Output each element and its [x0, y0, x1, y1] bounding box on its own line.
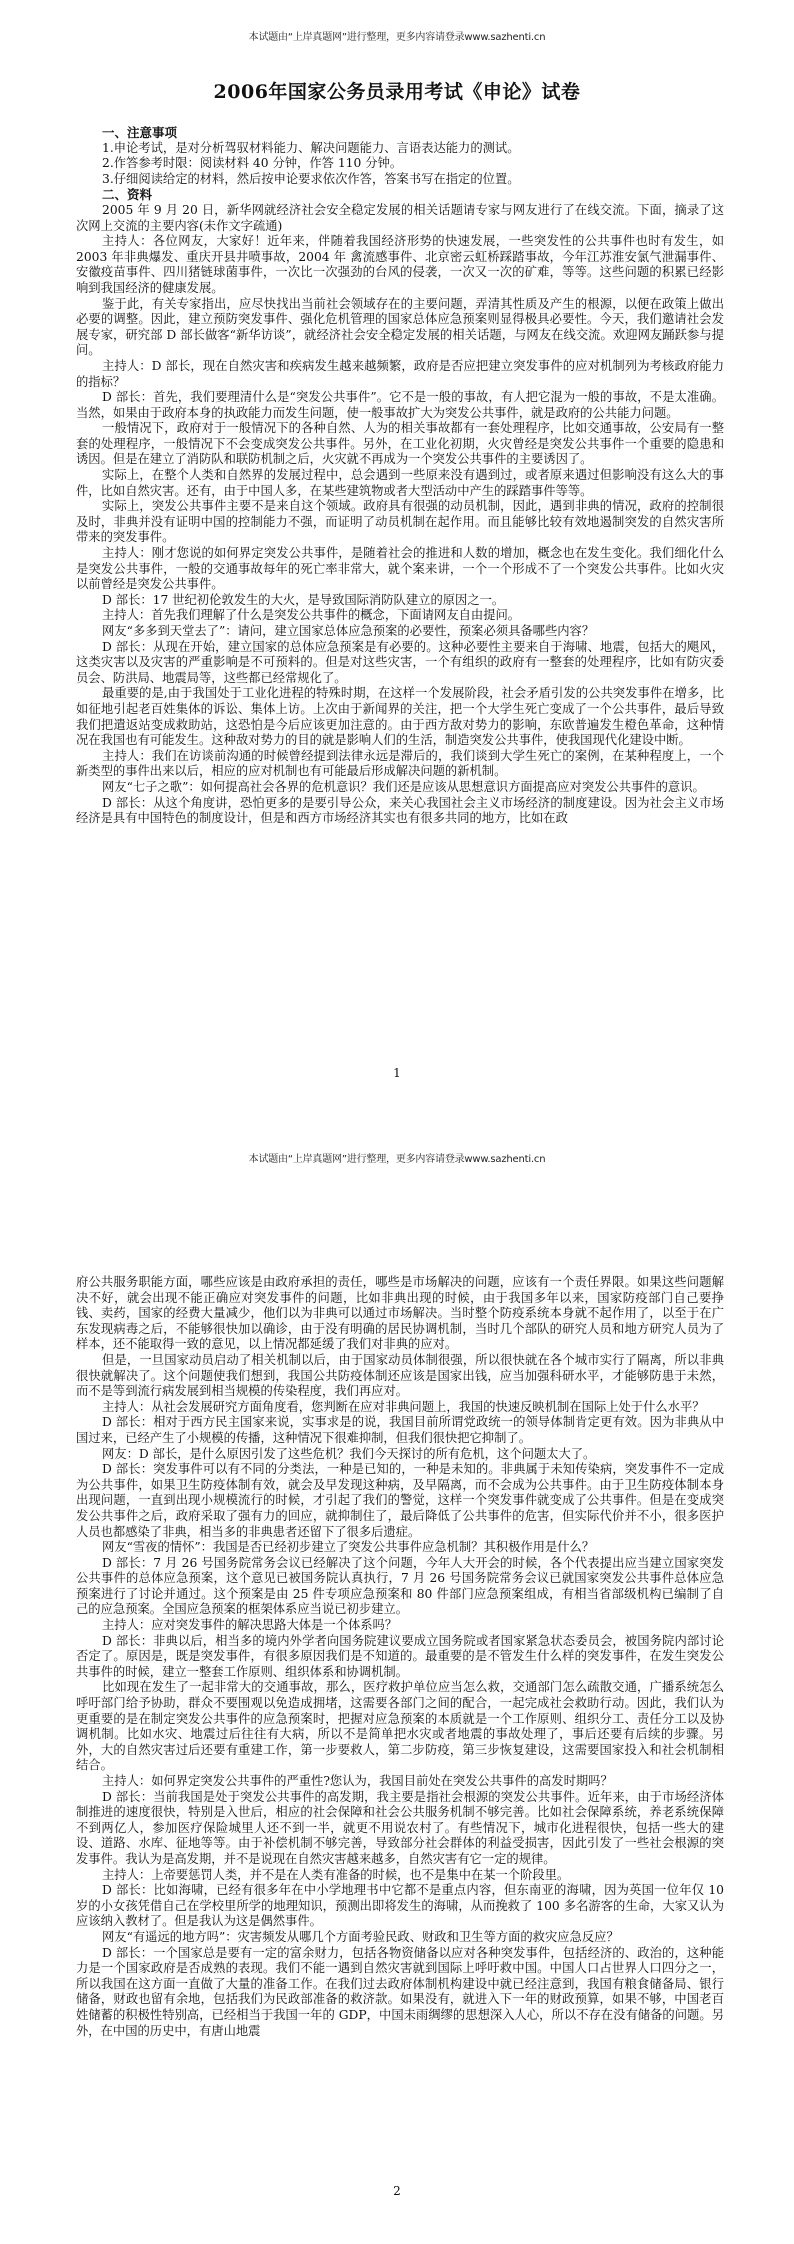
paragraph: 网友“七子之歌”：如何提高社会各界的危机意识？我们还是应该从思想意识方面提高应对…: [76, 780, 724, 796]
paragraph: 网友：D 部长，是什么原因引发了这些危机？我们今天探讨的所有危机，这个问题太大了…: [76, 1447, 724, 1463]
paragraph: D 部长：从这个角度讲，恐怕更多的是要引导公众，来关心我国社会主义市场经济的制度…: [76, 796, 724, 827]
paragraph: 网友“多多到天堂去了”：请问，建立国家总体应急预案的必要性，预案必须具备哪些内容…: [76, 624, 724, 640]
notice-item: 1.申论考试，是对分析驾驭材料能力、解决问题能力、言语表达能力的测试。: [76, 141, 724, 157]
paragraph: D 部长：突发事件可以有不同的分类法，一种是已知的，一种是未知的。非典属于未知传…: [76, 1462, 724, 1540]
document-title: 2006年国家公务员录用考试《申论》试卷: [0, 77, 794, 104]
page-body: 府公共服务职能方面，哪些应该是由政府承担的责任，哪些是市场解决的问题，应该有一个…: [76, 1275, 724, 2039]
paragraph: 鉴于此，有关专家指出，应尽快找出当前社会领域存在的主要问题，弄清其性质及产生的根…: [76, 297, 724, 359]
paragraph: D 部长：非典以后，相当多的境内外学者向国务院建议要成立国务院或者国家紧急状态委…: [76, 1634, 724, 1681]
paragraph: 2005 年 9 月 20 日，新华网就经济社会安全稳定发展的相关话题请专家与网…: [76, 203, 724, 234]
paragraph: D 部长：17 世纪初伦敦发生的大火，是导致国际消防队建立的原因之一。: [76, 593, 724, 609]
paragraph: D 部长：一个国家总是要有一定的富余财力，包括各物资储备以应对各种突发事件，包括…: [76, 1946, 724, 2040]
paragraph: 一般情况下，政府对于一般情况下的各种自然、人为的相关事故都有一套处理程序，比如交…: [76, 421, 724, 468]
paragraph: 主持人：从社会发展研究方面角度看，您判断在应对非典问题上，我国的快速反映机制在国…: [76, 1400, 724, 1416]
notice-item: 3.仔细阅读给定的材料，然后按申论要求依次作答，答案书写在指定的位置。: [76, 172, 724, 188]
paragraph: 网友“雪夜的情怀”：我国是否已经初步建立了突发公共事件应急机制？其积极作用是什么…: [76, 1540, 724, 1556]
paragraph: 主持人：首先我们理解了什么是突发公共事件的概念，下面请网友自由提问。: [76, 608, 724, 624]
paragraph: D 部长：相对于西方民主国家来说，实事求是的说，我国目前所谓党政统一的领导体制肯…: [76, 1415, 724, 1446]
paragraph: 主持人：D 部长，现在自然灾害和疾病发生越来越频繁，政府是否应把建立突发事件的应…: [76, 359, 724, 390]
page-number: 1: [0, 1066, 794, 1080]
paragraph: 但是，一旦国家动员启动了相关机制以后，由于国家动员体制很强，所以很快就在各个城市…: [76, 1353, 724, 1400]
document-page-2: 本试题由“上岸真题网”进行整理，更多内容请登录www.sazhenti.cn 府…: [0, 1122, 794, 2244]
page-body: 一、注意事项 1.申论考试，是对分析驾驭材料能力、解决问题能力、言语表达能力的测…: [76, 125, 724, 827]
paragraph: 主持人：我们在访谈前沟通的时候曾经提到法律永远是滞后的，我们谈到大学生死亡的案例…: [76, 749, 724, 780]
paragraph: D 部长：首先，我们要理清什么是“突发公共事件”。它不是一般的事故，有人把它混为…: [76, 390, 724, 421]
page-header-watermark: 本试题由“上岸真题网”进行整理，更多内容请登录www.sazhenti.cn: [0, 28, 794, 43]
paragraph: 主持人：应对突发事件的解决思路大体是一个体系吗？: [76, 1618, 724, 1634]
page-number: 2: [0, 2184, 794, 2198]
paragraph: 最重要的是,由于我国处于工业化进程的特殊时期，在这样一个发展阶段，社会矛盾引发的…: [76, 686, 724, 748]
paragraph-continued: 府公共服务职能方面，哪些应该是由政府承担的责任，哪些是市场解决的问题，应该有一个…: [76, 1275, 724, 1353]
paragraph: D 部长：7 月 26 号国务院常务会议已经解决了这个问题，今年人大开会的时候，…: [76, 1556, 724, 1618]
paragraph: D 部长：当前我国是处于突发公共事件的高发期，我主要是指社会根源的突发公共事件。…: [76, 1790, 724, 1868]
paragraph: 实际上，在整个人类和自然界的发展过程中，总会遇到一些原来没有遇到过，或者原来遇过…: [76, 468, 724, 499]
page-header-watermark: 本试题由“上岸真题网”进行整理，更多内容请登录www.sazhenti.cn: [0, 1150, 794, 1165]
paragraph: 主持人：上帝要惩罚人类，并不是在人类有准备的时候，也不是集中在某一个阶段里。: [76, 1868, 724, 1884]
paragraph: D 部长：从现在开始，建立国家的总体应急预案是有必要的。这种必要性主要来自于海啸…: [76, 640, 724, 687]
paragraph: D 部长：比如海啸，已经有很多年在中小学地理书中它都不是重点内容，但东南亚的海啸…: [76, 1883, 724, 1930]
notice-item: 2.作答参考时限：阅读材料 40 分钟，作答 110 分钟。: [76, 156, 724, 172]
paragraph: 主持人：如何界定突发公共事件的严重性?您认为，我国目前处在突发公共事件的高发时期…: [76, 1774, 724, 1790]
paragraph: 实际上，突发公共事件主要不是来自这个领域。政府具有很强的动员机制，因此，遇到非典…: [76, 499, 724, 546]
section-heading-material: 二、资料: [76, 187, 724, 203]
paragraph: 主持人：各位网友，大家好！近年来，伴随着我国经济形势的快速发展，一些突发性的公共…: [76, 234, 724, 296]
paragraph: 网友“有遥远的地方吗”：灾害频发从哪几个方面考验民政、财政和卫生等方面的救灾应急…: [76, 1930, 724, 1946]
section-heading-notice: 一、注意事项: [76, 125, 724, 141]
document-page-1: 本试题由“上岸真题网”进行整理，更多内容请登录www.sazhenti.cn 2…: [0, 0, 794, 1122]
paragraph: 主持人：刚才您说的如何界定突发公共事件，是随着社会的推进和人数的增加，概念也在发…: [76, 546, 724, 593]
paragraph: 比如现在发生了一起非常大的交通事故，那么，医疗救护单位应当怎么救，交通部门怎么疏…: [76, 1680, 724, 1774]
